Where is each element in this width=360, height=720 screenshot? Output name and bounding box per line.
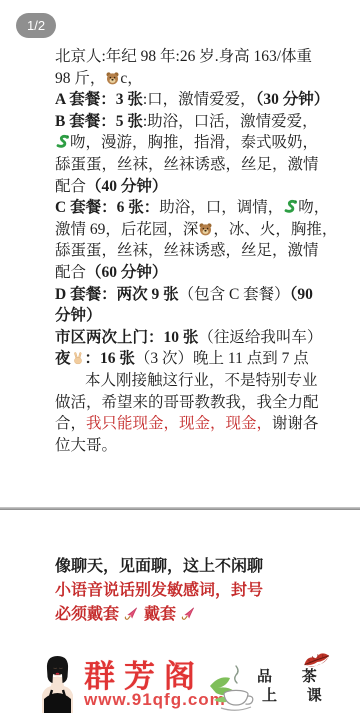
text-segment: （40 分钟） [86,178,167,195]
text-segment: （往返给我叫车） [198,329,322,346]
listing-text: 北京人:年纪 98 年:26 岁.身高 163/体重98 斤，c，A 套餐：3 … [55,46,313,456]
image-divider [0,507,360,510]
brand-url: www.91qfg.com [84,690,226,710]
woman-illustration [39,653,76,718]
text-segment: 做活，希望来的哥哥教教我，我全力配 [55,394,319,411]
text-line: 吻，漫游，胸推，指滑，泰式吸奶， [55,132,313,154]
text-segment: 北京人:年纪 98 年:26 岁.身高 163/体重 [55,48,312,65]
text-segment: 配合 [55,264,86,281]
text-line: 本人刚接触这行业，不是特别专业 [55,370,313,392]
text-segment: 夜 [55,350,71,367]
victory-hand-icon [71,350,85,365]
text-segment: 我只能现金，现金，现金， [86,415,272,432]
text-segment: D 套餐：两次 9 张 [55,286,179,303]
text-line: 激情 69，后花园，深，冰、火，胸推， [55,219,313,241]
text-line: 市区两次上门：10 张（往返给我叫车） [55,327,313,349]
text-segment: 激情 69，后花园，深 [55,221,198,238]
lips-icon [301,647,333,680]
text-line: 配合（60 分钟） [55,262,313,284]
text-line: 舔蛋蛋，丝袜，丝袜诱惑，丝足，激情 [55,240,313,262]
text-line: 合，我只能现金，现金，现金，谢谢各 [55,413,313,435]
text-segment: :助浴，口活，激情爱爱， [143,113,318,130]
text-line: D 套餐：两次 9 张（包含 C 套餐）（90 [55,284,313,306]
text-segment: 本人刚接触这行业，不是特别专业 [85,372,318,389]
text-segment: 舔蛋蛋，丝袜，丝袜诱惑，丝足，激情 [55,156,319,173]
text-segment: 分钟） [55,307,102,324]
text-segment: 助浴，口，调情， [159,199,283,216]
text-line: 舔蛋蛋，丝袜，丝袜诱惑，丝足，激情 [55,154,313,176]
snake-icon [283,199,298,214]
text-segment: 吻， [298,199,329,216]
text-segment: 像聊天，见面聊，这上不闲聊 [55,558,263,575]
text-line: 像聊天，见面聊，这上不闲聊 [55,555,335,578]
text-segment: 98 斤， [55,70,105,87]
text-line: 位大哥。 [55,435,313,457]
umbrella-icon [179,605,198,624]
text-segment: （90 [290,286,313,303]
footer-brand-area: 群芳阁 www.91qfg.com 品 茶 上 课 [0,645,360,720]
text-line: 配合（40 分钟） [55,176,313,198]
tagline-line2: 上 课 [257,687,335,706]
text-segment: ：16 张 [85,350,135,367]
text-segment: ，冰、火，胸推， [213,221,337,238]
page-indicator-badge: 1/2 [16,13,56,38]
text-line: 北京人:年纪 98 年:26 岁.身高 163/体重 [55,46,313,68]
text-segment: 舔蛋蛋，丝袜，丝袜诱惑，丝足，激情 [55,242,319,259]
text-segment: 戴套 [144,606,176,623]
text-segment: （30 分钟） [256,91,330,108]
text-segment: 配合 [55,178,86,195]
text-line: 做活，希望来的哥哥教教我，我全力配 [55,392,313,414]
text-segment: 吻，漫游，胸推，指滑，泰式吸奶， [70,134,318,151]
text-segment: A 套餐：3 张 [55,91,143,108]
text-line: A 套餐：3 张:口，激情爱爱，（30 分钟） [55,89,313,111]
text-segment: （60 分钟） [86,264,167,281]
text-line: 必须戴套戴套 [55,603,335,626]
chat-notes: 像聊天，见面聊，这上不闲聊小语音说话别发敏感词，封号必须戴套戴套 [55,555,335,627]
text-segment: 小语音说话别发敏感词，封号 [55,582,263,599]
text-line: C 套餐：6 张：助浴，口，调情，吻， [55,197,313,219]
text-segment: 合， [55,415,86,432]
screenshot-root: 1/2 北京人:年纪 98 年:26 岁.身高 163/体重98 斤，c，A 套… [0,0,360,720]
text-segment: B 套餐：5 张 [55,113,143,130]
text-segment: 位大哥。 [55,437,117,454]
text-line: 98 斤，c， [55,68,313,90]
text-segment: （3 次）晚上 11 点到 7 点 [135,350,309,367]
umbrella-icon [122,605,141,624]
bear-face-icon [198,222,213,236]
snake-icon [55,134,70,149]
text-line: 小语音说话别发敏感词，封号 [55,579,335,602]
text-line: 夜：16 张（3 次）晚上 11 点到 7 点 [55,348,313,370]
text-segment: 谢谢各 [272,415,319,432]
text-segment: （包含 C 套餐） [179,286,290,303]
text-line: B 套餐：5 张:助浴，口活，激情爱爱， [55,111,313,133]
teacup-icon [206,660,256,717]
text-line: 分钟） [55,305,313,327]
bear-face-icon [105,71,120,85]
text-segment: c， [120,70,142,87]
text-segment: 必须戴套 [55,606,119,623]
text-segment: 市区两次上门：10 张 [55,329,198,346]
text-segment: :口，激情爱爱， [143,91,256,108]
text-segment: C 套餐：6 张： [55,199,159,216]
